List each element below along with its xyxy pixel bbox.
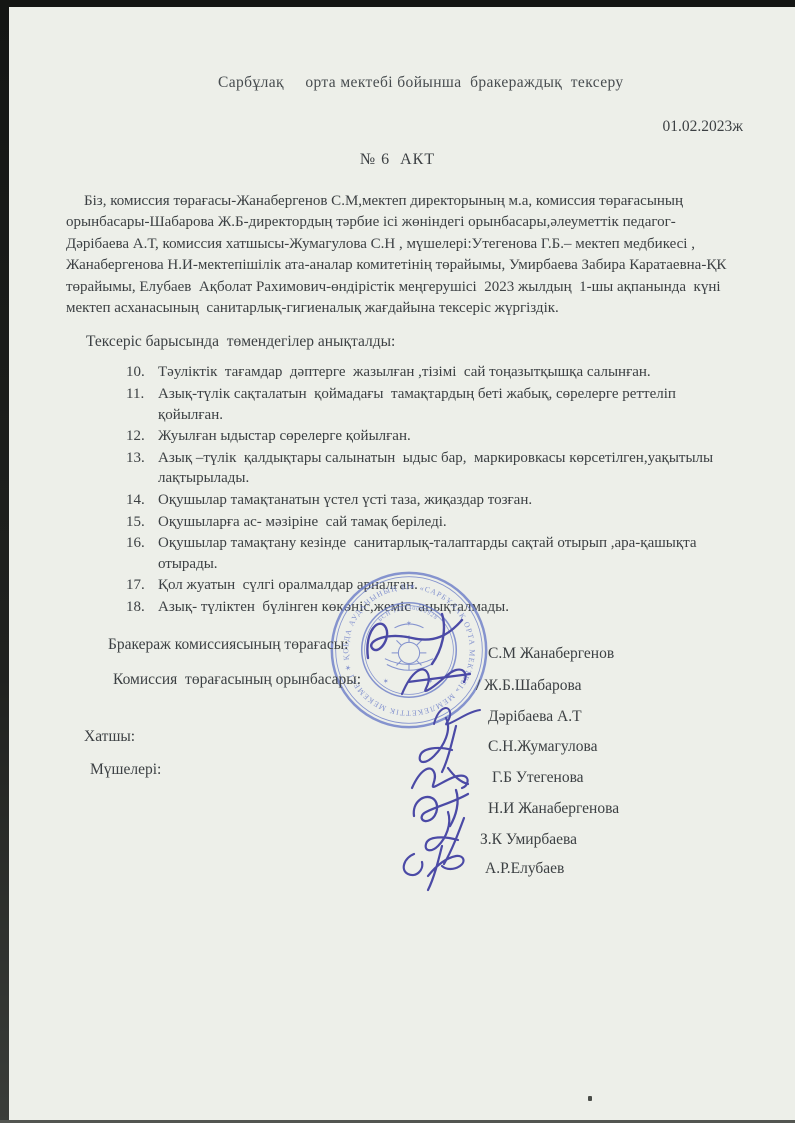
- finding-text: Азық –түлік қалдықтары салынатын ыдыс ба…: [158, 448, 739, 489]
- intro-paragraph: Біз, комиссия төрағасы-Жанабергенов С.М,…: [66, 191, 737, 319]
- signature-name: А.Р.Елубаев: [485, 860, 564, 878]
- finding-number: 18.: [126, 597, 158, 618]
- stamp-emblem-icon: ✶ ✶ ✶: [383, 619, 433, 686]
- finding-item: 13.Азық –түлік қалдықтары салынатын ыдыс…: [126, 448, 739, 489]
- signature-name: Н.И Жанабергенова: [488, 800, 619, 818]
- finding-text: Тәуліктік тағамдар дәптерге жазылған ,ті…: [158, 362, 739, 383]
- svg-text:✶: ✶: [406, 619, 412, 628]
- finding-item: 12.Жуылған ыдыстар сөрелерге қойылған.: [126, 426, 739, 447]
- signature-name: З.К Умирбаева: [480, 831, 577, 849]
- act-number: № 6 АКТ: [0, 151, 795, 169]
- finding-text: Оқушыларға ас- мәзіріне сай тамақ беріле…: [158, 512, 739, 533]
- finding-number: 13.: [126, 448, 158, 489]
- finding-number: 16.: [126, 533, 158, 574]
- signature-name: / Ж.Б.Шабарова: [476, 677, 582, 695]
- svg-text:✶ «САРБҰЛАҚ ОРТА МЕКТЕБІ» МЕМЛ: ✶ «САРБҰЛАҚ ОРТА МЕКТЕБІ» МЕМЛЕКЕТТІК МЕ…: [327, 568, 477, 718]
- signature-name: С.М Жанабергенов: [488, 645, 614, 663]
- signature-label: Мүшелері:: [90, 761, 161, 779]
- finding-number: 17.: [126, 575, 158, 596]
- document-date: 01.02.2023ж: [0, 118, 795, 136]
- document-title: Сарбұлақ орта мектебі бойынша бракеражды…: [0, 74, 795, 92]
- signature-name: С.Н.Жумагулова: [488, 738, 597, 756]
- finding-number: 15.: [126, 512, 158, 533]
- signature-ink: [408, 786, 474, 830]
- signature-name: Г.Б Утегенова: [492, 769, 584, 787]
- finding-item: 11.Азық-түлік сақталатын қоймадағы тамақ…: [126, 384, 739, 425]
- svg-text:✶: ✶: [427, 678, 433, 686]
- finding-text: Оқушылар тамақтанатын үстел үсті таза, ж…: [158, 490, 739, 511]
- finding-text: Жуылған ыдыстар сөрелерге қойылған.: [158, 426, 739, 447]
- official-stamp: ✶ «САРБҰЛАҚ ОРТА МЕКТЕБІ» МЕМЛЕКЕТТІК МЕ…: [327, 568, 491, 732]
- signature-label: Комиссия төрағасының орынбасары:: [113, 671, 361, 689]
- finding-item: 14.Оқушылар тамақтанатын үстел үсті таза…: [126, 490, 739, 511]
- finding-number: 12.: [126, 426, 158, 447]
- finding-item: 15.Оқушыларға ас- мәзіріне сай тамақ бер…: [126, 512, 739, 533]
- signature-ink: [414, 810, 474, 866]
- finding-number: 10.: [126, 362, 158, 383]
- scan-speck: [588, 1096, 592, 1101]
- signature-label: Хатшы:: [84, 728, 135, 746]
- scan-edge-top: [0, 0, 795, 7]
- scan-edge-left: [0, 0, 9, 1123]
- findings-heading: Тексеріс барысында төмендегілер анықталд…: [86, 333, 795, 351]
- scanned-document-page: Сарбұлақ орта мектебі бойынша бракеражды…: [0, 0, 795, 1123]
- finding-number: 11.: [126, 384, 158, 425]
- svg-text:✶: ✶: [383, 678, 389, 686]
- signature-name: Дәрібаева А.Т: [488, 708, 582, 726]
- finding-number: 14.: [126, 490, 158, 511]
- finding-text: Азық-түлік сақталатын қоймадағы тамақтар…: [158, 384, 739, 425]
- signature-ink: [408, 756, 474, 796]
- signature-label: Бракераж комиссиясының төрағасы:: [108, 636, 348, 654]
- finding-item: 10.Тәуліктік тағамдар дәптерге жазылған …: [126, 362, 739, 383]
- stamp-ring-text: ✶ «САРБҰЛАҚ ОРТА МЕКТЕБІ» МЕМЛЕКЕТТІК МЕ…: [327, 568, 477, 718]
- signature-ink: [398, 840, 478, 892]
